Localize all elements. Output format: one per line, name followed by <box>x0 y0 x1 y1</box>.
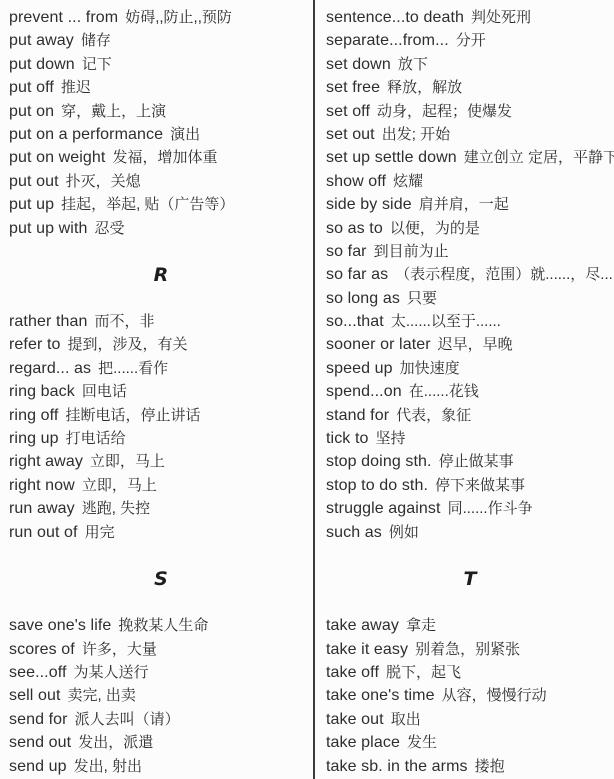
phrase-english: see...off <box>9 664 67 681</box>
phrase-row: scores of许多，大量 <box>9 638 313 661</box>
phrase-row: take out取出 <box>326 708 614 731</box>
phrase-english: such as <box>326 524 382 541</box>
phrase-chinese: 停止做某事 <box>439 453 514 470</box>
phrase-chinese: 判处死刑 <box>471 9 531 26</box>
phrase-row: ring back回电话 <box>9 380 313 403</box>
phrase-english: rather than <box>9 313 87 330</box>
phrase-chinese: 储存 <box>81 32 111 49</box>
phrase-row: take away拿走 <box>326 614 614 637</box>
phrase-chinese: 发出，派遣 <box>78 734 153 751</box>
phrase-row: rather than而不，非 <box>9 310 313 333</box>
phrase-chinese: 扑灭，关熄 <box>66 173 141 190</box>
phrase-row: run out of用完 <box>9 521 313 544</box>
phrase-english: refer to <box>9 336 61 353</box>
phrase-english: separate...from... <box>326 32 449 49</box>
phrase-row: put away储存 <box>9 29 313 52</box>
phrase-chinese: 把......看作 <box>98 360 168 377</box>
phrase-english: prevent ... from <box>9 9 118 26</box>
right-column: sentence...to death判处死刑separate...from..… <box>315 0 614 779</box>
phrase-chinese: 许多，大量 <box>82 641 157 658</box>
phrase-english: put up with <box>9 220 87 237</box>
phrase-chinese: 妨碍,,防止,,预防 <box>125 9 232 26</box>
phrase-row: save one's life挽救某人生命 <box>9 614 313 637</box>
phrase-english: send for <box>9 711 68 728</box>
phrase-row: set down放下 <box>326 53 614 76</box>
phrase-chinese: 取出 <box>391 711 421 728</box>
phrase-chinese: 发生 <box>407 734 437 751</box>
phrase-chinese: 肩并肩，一起 <box>419 196 509 213</box>
phrase-chinese: 挂断电话，停止讲话 <box>65 407 200 424</box>
phrase-chinese: 立即，马上 <box>82 477 157 494</box>
phrase-row: so as to以便，为的是 <box>326 217 614 240</box>
phrase-row: put up挂起，举起, 贴（广告等） <box>9 193 313 216</box>
phrase-chinese: 挂起，举起, 贴（广告等） <box>61 196 234 213</box>
phrase-english: stop doing sth. <box>326 453 432 470</box>
phrase-chinese: 记下 <box>82 56 112 73</box>
phrase-english: set out <box>326 126 375 143</box>
section-header-T: T <box>326 544 614 614</box>
phrase-english: stop to do sth. <box>326 477 428 494</box>
phrase-row: so...that太......以至于...... <box>326 310 614 333</box>
phrase-english: set free <box>326 79 380 96</box>
phrase-row: prevent ... from妨碍,,防止,,预防 <box>9 6 313 29</box>
phrase-row: run away逃跑, 失控 <box>9 497 313 520</box>
phrase-english: take out <box>326 711 384 728</box>
phrase-english: speed up <box>326 360 393 377</box>
phrase-row: set out出发; 开始 <box>326 123 614 146</box>
phrase-row: take one's time从容，慢慢行动 <box>326 684 614 707</box>
phrase-english: set down <box>326 56 391 73</box>
section-letter: S <box>154 568 168 590</box>
phrase-english: take one's time <box>326 687 435 704</box>
phrase-chinese: 挽救某人生命 <box>118 617 208 634</box>
phrase-chinese: 演出 <box>170 126 200 143</box>
phrase-row: take place发生 <box>326 731 614 754</box>
phrase-english: save one's life <box>9 617 111 634</box>
phrase-english: set up settle down <box>326 149 457 166</box>
phrase-row: set up settle down建立创立 定居，平静下来 <box>326 146 614 169</box>
phrase-chinese: 立即，马上 <box>90 453 165 470</box>
phrase-row: stand for代表，象征 <box>326 404 614 427</box>
phrase-row: stop to do sth.停下来做某事 <box>326 474 614 497</box>
phrase-chinese: 派人去叫（请） <box>75 711 180 728</box>
phrase-row: ring up打电话给 <box>9 427 313 450</box>
phrase-row: tick to坚持 <box>326 427 614 450</box>
phrase-chinese: 发福，增加体重 <box>112 149 217 166</box>
phrase-english: so...that <box>326 313 384 330</box>
phrase-english: take off <box>326 664 379 681</box>
phrase-chinese: 推迟 <box>61 79 91 96</box>
phrase-chinese: 加快速度 <box>400 360 460 377</box>
phrase-row: regard... as把......看作 <box>9 357 313 380</box>
phrase-chinese: 别着急，别紧张 <box>415 641 520 658</box>
phrase-chinese: 坚持 <box>376 430 406 447</box>
phrase-english: scores of <box>9 641 75 658</box>
phrase-row: struggle against同......作斗争 <box>326 497 614 520</box>
phrase-chinese: 回电话 <box>82 383 127 400</box>
phrase-chinese: 只要 <box>407 290 437 307</box>
phrase-row: put on a performance演出 <box>9 123 313 146</box>
phrase-row: separate...from...分开 <box>326 29 614 52</box>
phrase-chinese: 卖完, 出卖 <box>68 687 136 704</box>
phrase-row: take off脱下，起飞 <box>326 661 614 684</box>
phrase-row: set free释放，解放 <box>326 76 614 99</box>
phrase-row: take it easy别着急，别紧张 <box>326 638 614 661</box>
phrase-english: sentence...to death <box>326 9 464 26</box>
phrase-english: so as to <box>326 220 383 237</box>
phrase-english: sell out <box>9 687 61 704</box>
phrase-row: right away立即，马上 <box>9 450 313 473</box>
phrase-chinese: 同......作斗争 <box>448 500 533 517</box>
phrase-english: put up <box>9 196 54 213</box>
phrase-english: side by side <box>326 196 412 213</box>
phrase-row: such as例如 <box>326 521 614 544</box>
phrase-english: put down <box>9 56 75 73</box>
phrase-chinese: 出发; 开始 <box>382 126 450 143</box>
phrase-english: right away <box>9 453 83 470</box>
phrase-row: side by side肩并肩，一起 <box>326 193 614 216</box>
phrase-row: so long as只要 <box>326 287 614 310</box>
phrase-english: take away <box>326 617 399 634</box>
phrase-english: stand for <box>326 407 389 424</box>
phrase-english: put out <box>9 173 59 190</box>
phrase-english: struggle against <box>326 500 441 517</box>
phrase-row: send out发出，派遣 <box>9 731 313 754</box>
phrase-english: so long as <box>326 290 400 307</box>
phrase-row: put out扑灭，关熄 <box>9 170 313 193</box>
phrase-row: ring off挂断电话，停止讲话 <box>9 404 313 427</box>
phrase-list-page: prevent ... from妨碍,,防止,,预防put away储存put … <box>0 0 614 779</box>
phrase-chinese: 为某人送行 <box>74 664 149 681</box>
phrase-english: run out of <box>9 524 78 541</box>
section-header-R: R <box>9 240 313 310</box>
phrase-chinese: 在......花钱 <box>409 383 479 400</box>
phrase-row: sooner or later迟早，早晚 <box>326 333 614 356</box>
phrase-english: take sb. in the arms <box>326 758 468 775</box>
phrase-english: sooner or later <box>326 336 431 353</box>
phrase-row: put up with忍受 <box>9 217 313 240</box>
phrase-english: show off <box>326 173 386 190</box>
phrase-chinese: 太......以至于...... <box>391 313 501 330</box>
phrase-row: stop doing sth.停止做某事 <box>326 450 614 473</box>
phrase-row: take sb. in the arms搂抱 <box>326 755 614 778</box>
phrase-chinese: 穿，戴上，上演 <box>61 103 166 120</box>
phrase-chinese: 到目前为止 <box>374 243 449 260</box>
phrase-row: sell out卖完, 出卖 <box>9 684 313 707</box>
phrase-chinese: 提到，涉及，有关 <box>68 336 188 353</box>
phrase-chinese: 忍受 <box>94 220 124 237</box>
phrase-english: put on <box>9 103 54 120</box>
phrase-english: so far as <box>326 266 388 283</box>
phrase-english: set off <box>326 103 370 120</box>
phrase-chinese: （表示程度，范围）就......，尽...... <box>395 266 614 283</box>
phrase-english: put on a performance <box>9 126 163 143</box>
phrase-row: speed up加快速度 <box>326 357 614 380</box>
phrase-english: send up <box>9 758 67 775</box>
phrase-chinese: 释放，解放 <box>387 79 462 96</box>
phrase-chinese: 从容，慢慢行动 <box>442 687 547 704</box>
phrase-row: right now立即，马上 <box>9 474 313 497</box>
section-header-S: S <box>9 544 313 614</box>
phrase-row: send for派人去叫（请） <box>9 708 313 731</box>
phrase-english: ring off <box>9 407 58 424</box>
phrase-chinese: 拿走 <box>406 617 436 634</box>
phrase-english: ring up <box>9 430 59 447</box>
phrase-chinese: 搂抱 <box>475 758 505 775</box>
phrase-english: run away <box>9 500 75 517</box>
phrase-chinese: 而不，非 <box>94 313 154 330</box>
section-letter: R <box>154 264 169 286</box>
phrase-english: take place <box>326 734 400 751</box>
phrase-row: show off炫耀 <box>326 170 614 193</box>
phrase-row: sentence...to death判处死刑 <box>326 6 614 29</box>
phrase-chinese: 迟早，早晚 <box>438 336 513 353</box>
phrase-chinese: 动身，起程；使爆发 <box>377 103 512 120</box>
phrase-english: so far <box>326 243 367 260</box>
phrase-row: set off动身，起程；使爆发 <box>326 100 614 123</box>
section-letter: T <box>464 568 477 590</box>
phrase-chinese: 建立创立 定居，平静下来 <box>464 149 614 166</box>
phrase-english: ring back <box>9 383 75 400</box>
phrase-chinese: 炫耀 <box>393 173 423 190</box>
phrase-chinese: 发出, 射出 <box>74 758 142 775</box>
phrase-english: send out <box>9 734 71 751</box>
phrase-row: refer to提到，涉及，有关 <box>9 333 313 356</box>
phrase-row: see...off为某人送行 <box>9 661 313 684</box>
phrase-english: put off <box>9 79 54 96</box>
phrase-english: spend...on <box>326 383 402 400</box>
phrase-english: tick to <box>326 430 369 447</box>
phrase-row: send up发出, 射出 <box>9 755 313 778</box>
phrase-chinese: 脱下，起飞 <box>386 664 461 681</box>
phrase-chinese: 代表，象征 <box>396 407 471 424</box>
phrase-english: put away <box>9 32 74 49</box>
phrase-english: regard... as <box>9 360 91 377</box>
phrase-row: spend...on在......花钱 <box>326 380 614 403</box>
phrase-chinese: 停下来做某事 <box>435 477 525 494</box>
phrase-row: so far到目前为止 <box>326 240 614 263</box>
phrase-chinese: 放下 <box>398 56 428 73</box>
phrase-row: put on weight发福，增加体重 <box>9 146 313 169</box>
phrase-chinese: 例如 <box>389 524 419 541</box>
phrase-english: take it easy <box>326 641 408 658</box>
phrase-chinese: 分开 <box>456 32 486 49</box>
phrase-english: right now <box>9 477 75 494</box>
phrase-row: so far as（表示程度，范围）就......，尽...... <box>326 263 614 286</box>
phrase-chinese: 逃跑, 失控 <box>82 500 150 517</box>
phrase-english: put on weight <box>9 149 105 166</box>
phrase-row: put on穿，戴上，上演 <box>9 100 313 123</box>
phrase-row: put off推迟 <box>9 76 313 99</box>
phrase-row: put down记下 <box>9 53 313 76</box>
left-column: prevent ... from妨碍,,防止,,预防put away储存put … <box>0 0 313 779</box>
phrase-chinese: 以便，为的是 <box>390 220 480 237</box>
phrase-chinese: 用完 <box>85 524 115 541</box>
phrase-chinese: 打电话给 <box>66 430 126 447</box>
